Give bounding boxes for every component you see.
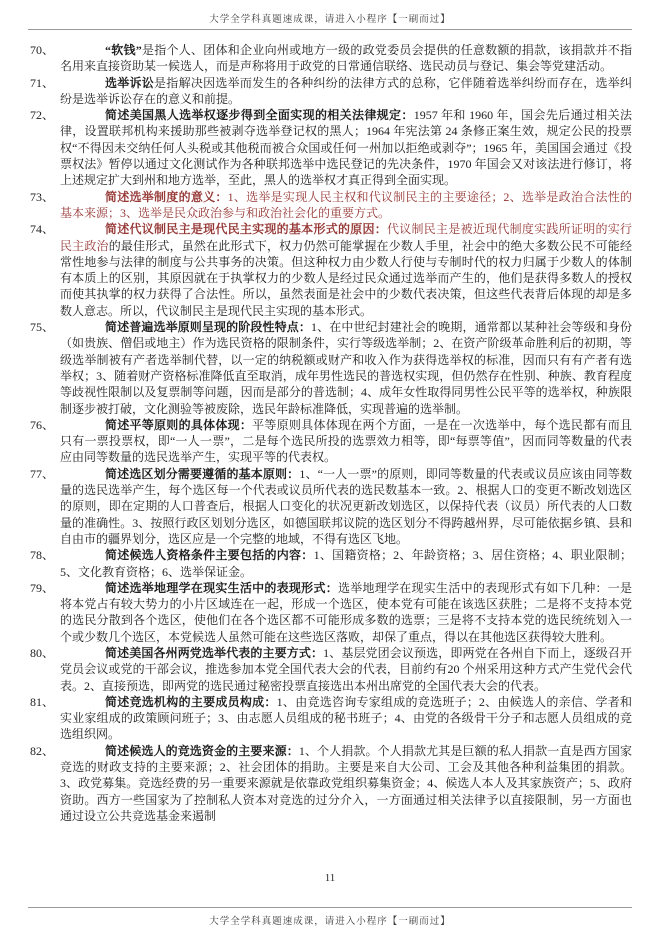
document-page: 大学全学科真题速成课，请进入小程序【一刷而过】 70、“软钱”是指个人、团体和企…	[0, 0, 660, 934]
item-number: 75、	[30, 319, 58, 335]
item-text: 简述选举地理学在现实生活中的表现形式：选举地理学在现实生活中的表现形式有如下几种…	[60, 580, 632, 645]
list-item: 76、简述平等原则的具体体现：平等原则具体体现在两个方面，一是在一次选举中，每个…	[30, 417, 632, 466]
item-heading: 简述候选人资格条件主要包括的内容：	[105, 548, 314, 562]
item-heading: “软钱”	[105, 43, 142, 57]
item-text: 简述平等原则的具体体现：平等原则具体体现在两个方面，一是在一次选举中，每个选民都…	[60, 417, 632, 466]
item-text: 简述候选人的竞选资金的主要来源：1、个人捐款。个人捐款尤其是巨额的私人捐款一直是…	[60, 743, 632, 824]
list-item: 81、简述竞选机构的主要成员构成：1、由竞选咨询专家组成的竞选班子；2、由候选人…	[30, 694, 632, 743]
item-heading: 简述选区划分需要遵循的基本原则：	[105, 467, 299, 481]
item-text: 简述选举制度的意义：1、选举是实现人民主权和代议制民主的主要途径；2、选举是政治…	[60, 189, 632, 222]
item-heading: 简述美国黑人选举权逐步得到全面实现的相关法律规定：	[105, 108, 414, 122]
item-body-text: 1、在中世纪封建社会的晚期，通常都以某种社会等级和身份（如贵族、僧侣或地主）作为…	[60, 320, 632, 415]
item-number: 79、	[30, 580, 58, 596]
list-item: 70、“软钱”是指个人、团体和企业向州或地方一级的政党委员会提供的任意数额的捐款…	[30, 42, 632, 75]
list-item: 71、选举诉讼是指解决因选举而发生的各种纠纷的法律方式的总称，它伴随着选举纠纷而…	[30, 75, 632, 108]
item-number: 72、	[30, 107, 58, 123]
item-text: 简述代议制民主是现代民主实现的基本形式的原因：代议制民主是被近现代制度实践所证明…	[60, 221, 632, 319]
item-text: 简述普遍选举原则呈现的阶段性特点：1、在中世纪封建社会的晚期，通常都以某种社会等…	[60, 319, 632, 417]
item-heading: 简述普遍选举原则呈现的阶段性特点：	[105, 320, 311, 334]
footer-title: 大学全学科真题速成课，请进入小程序【一刷而过】	[0, 908, 660, 927]
item-heading: 简述竞选机构的主要成员构成：	[105, 695, 277, 709]
item-number: 71、	[30, 75, 58, 91]
list-item: 79、简述选举地理学在现实生活中的表现形式：选举地理学在现实生活中的表现形式有如…	[30, 580, 632, 645]
item-number: 77、	[30, 466, 58, 482]
item-heading: 选举诉讼	[105, 76, 154, 90]
item-body-text: 的最佳形式，虽然在此形式下，权力仍然可能掌握在少数人手里，社会中的绝大多数公民不…	[60, 239, 632, 318]
list-item: 73、简述选举制度的意义：1、选举是实现人民主权和代议制民主的主要途径；2、选举…	[30, 189, 632, 222]
list-item: 82、简述候选人的竞选资金的主要来源：1、个人捐款。个人捐款尤其是巨额的私人捐款…	[30, 743, 632, 824]
item-number: 82、	[30, 743, 58, 759]
item-number: 78、	[30, 547, 58, 563]
header-rule	[28, 29, 632, 30]
item-body-text: 是指个人、团体和企业向州或地方一级的政党委员会提供的任意数额的捐款，该捐款并不指…	[60, 43, 632, 73]
item-number: 73、	[30, 189, 58, 205]
list-item: 80、简述美国各州两党选举代表的主要方式：1、基层党团会议预选，即两党在各州自下…	[30, 645, 632, 694]
item-text: 简述美国各州两党选举代表的主要方式：1、基层党团会议预选，即两党在各州自下而上，…	[60, 645, 632, 694]
list-item: 77、简述选区划分需要遵循的基本原则：1、“一人一票”的原则，即同等数量的代表或…	[30, 466, 632, 547]
item-number: 74、	[30, 221, 58, 237]
header-title: 大学全学科真题速成课，请进入小程序【一刷而过】	[0, 0, 660, 25]
item-text: 简述竞选机构的主要成员构成：1、由竞选咨询专家组成的竞选班子；2、由候选人的亲信…	[60, 694, 632, 743]
page-header: 大学全学科真题速成课，请进入小程序【一刷而过】	[0, 0, 660, 30]
page-footer: 大学全学科真题速成课，请进入小程序【一刷而过】	[0, 903, 660, 927]
item-text: 简述候选人资格条件主要包括的内容：1、国籍资格；2、年龄资格；3、居住资格；4、…	[60, 547, 632, 580]
item-text: “软钱”是指个人、团体和企业向州或地方一级的政党委员会提供的任意数额的捐款，该捐…	[60, 42, 632, 75]
item-number: 76、	[30, 417, 58, 433]
list-item: 72、简述美国黑人选举权逐步得到全面实现的相关法律规定：1957 年和 1960…	[30, 107, 632, 188]
item-heading: 简述美国各州两党选举代表的主要方式：	[105, 646, 323, 660]
item-heading: 简述代议制民主是现代民主实现的基本形式的原因：	[105, 222, 387, 236]
list-item: 78、简述候选人资格条件主要包括的内容：1、国籍资格；2、年龄资格；3、居住资格…	[30, 547, 632, 580]
list-item: 74、简述代议制民主是现代民主实现的基本形式的原因：代议制民主是被近现代制度实践…	[30, 221, 632, 319]
list-item: 75、简述普遍选举原则呈现的阶段性特点：1、在中世纪封建社会的晚期，通常都以某种…	[30, 319, 632, 417]
item-heading: 简述候选人的竞选资金的主要来源：	[105, 744, 299, 758]
page-number: 11	[0, 872, 660, 884]
item-text: 简述美国黑人选举权逐步得到全面实现的相关法律规定：1957 年和 1960 年，…	[60, 107, 632, 188]
document-body: 70、“软钱”是指个人、团体和企业向州或地方一级的政党委员会提供的任意数额的捐款…	[30, 42, 632, 824]
item-number: 70、	[30, 42, 58, 58]
item-heading: 简述选举地理学在现实生活中的表现形式：	[105, 581, 338, 595]
item-text: 简述选区划分需要遵循的基本原则：1、“一人一票”的原则，即同等数量的代表或议员应…	[60, 466, 632, 547]
item-heading: 简述选举制度的意义：	[105, 190, 228, 204]
item-heading: 简述平等原则的具体体现：	[105, 418, 252, 432]
item-number: 80、	[30, 645, 58, 661]
item-text: 选举诉讼是指解决因选举而发生的各种纠纷的法律方式的总称，它伴随着选举纠纷而存在，…	[60, 75, 632, 108]
item-number: 81、	[30, 694, 58, 710]
